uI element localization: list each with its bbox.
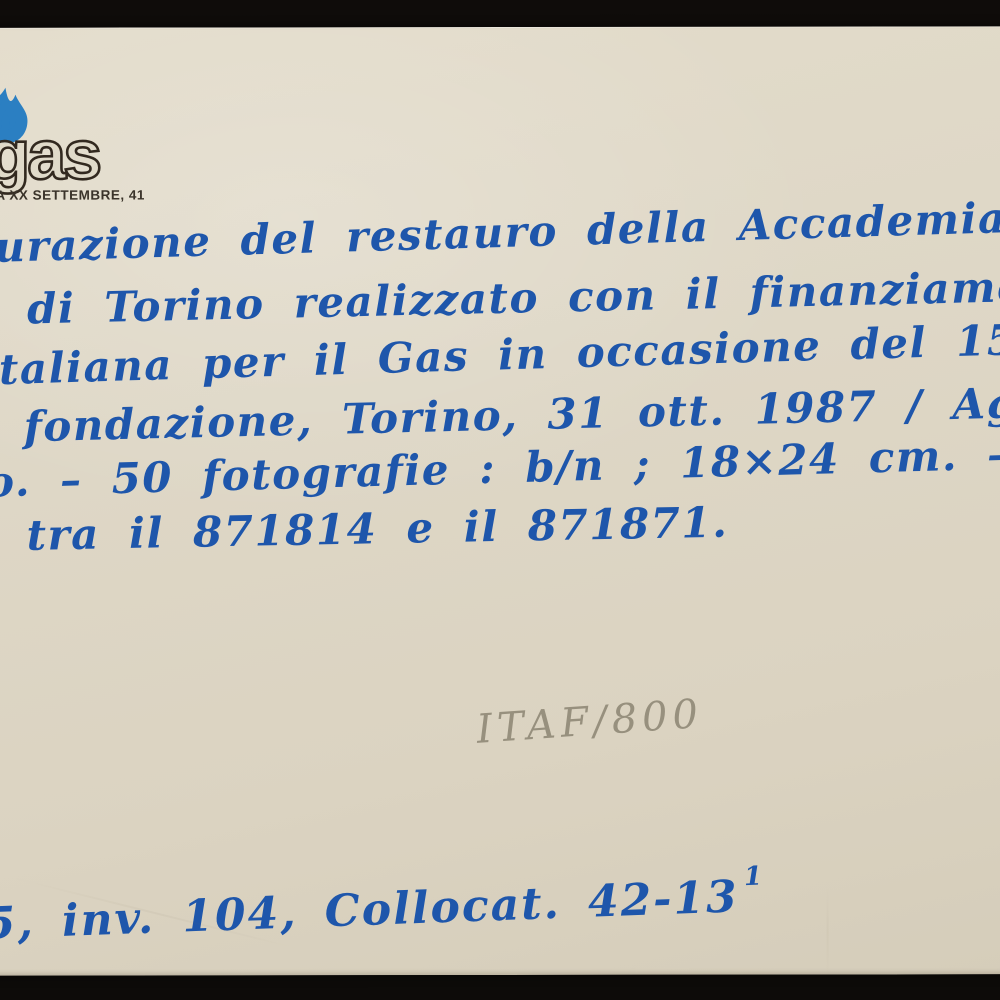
- address-line: VIA XX SETTEMBRE, 41: [0, 187, 145, 202]
- envelope: gas VIA XX SETTEMBRE, 41 gurazione del r…: [0, 26, 1000, 975]
- handwritten-line-1: gurazione del restauro della Accademia d…: [0, 189, 1000, 273]
- brand-logo-text: gas: [0, 120, 99, 190]
- inventory-text: 5, inv. 104, Collocat. 42-13: [0, 871, 740, 949]
- handwritten-line-6: i tra il 871814 e il 871871.: [0, 498, 729, 561]
- inventory-superscript: 1: [743, 861, 764, 892]
- pencil-annotation: ITAF/800: [475, 691, 704, 753]
- envelope-crease: [827, 887, 829, 977]
- inventory-line: 5, inv. 104, Collocat. 42-131: [0, 861, 766, 949]
